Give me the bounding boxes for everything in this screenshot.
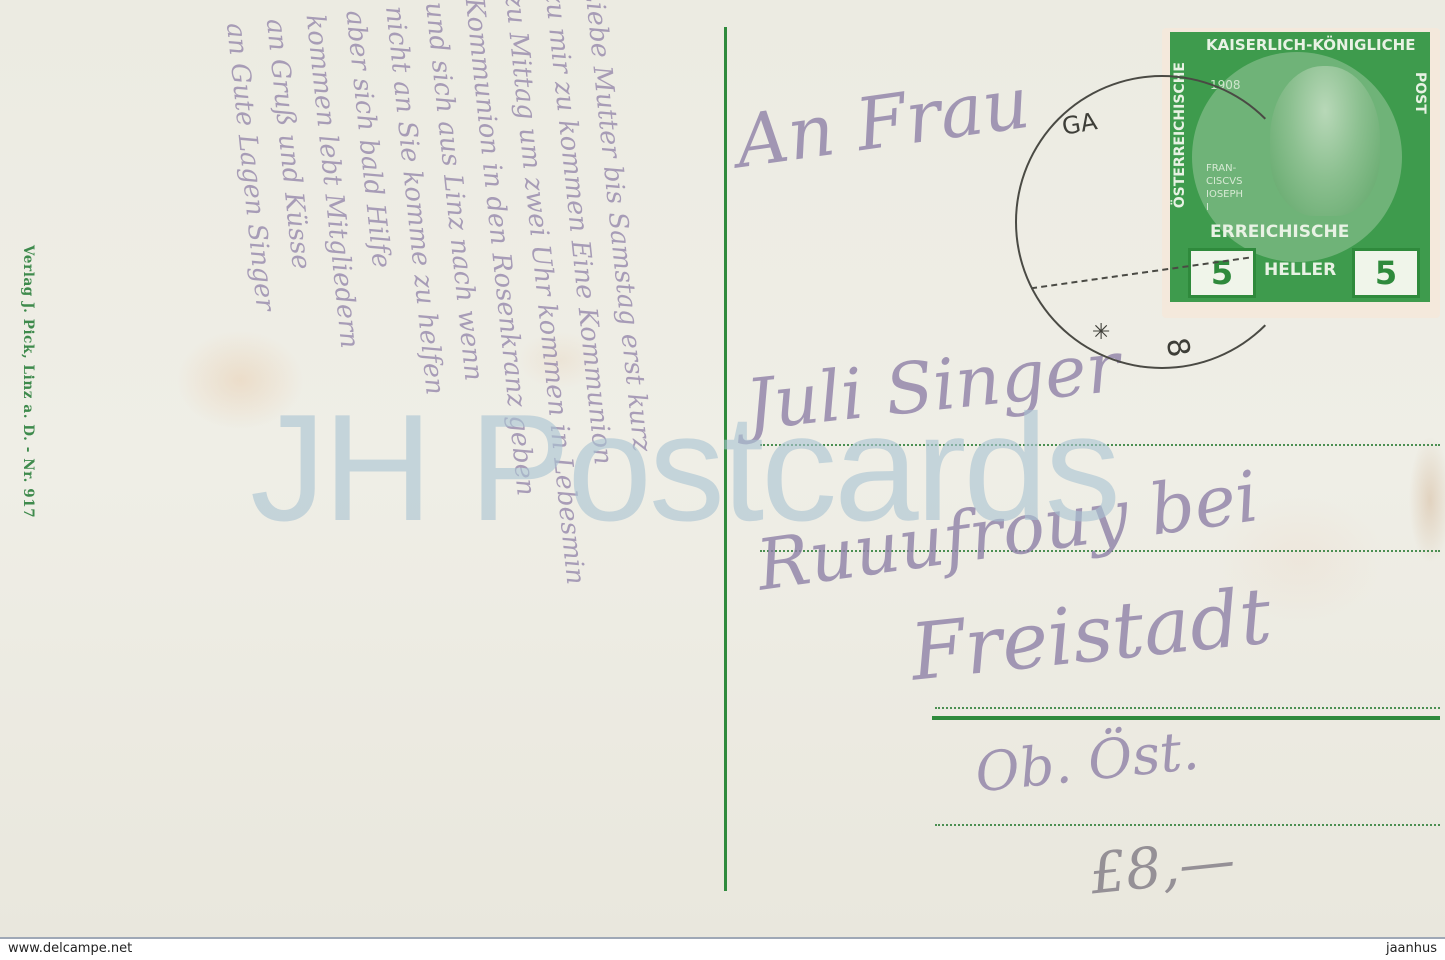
postcard-back: Verlag J. Pick, Linz a. D. - Nr. 917 Lie… [0, 0, 1445, 939]
address-line-3 [935, 707, 1440, 709]
address-recipient-title: An Frau [731, 60, 1035, 184]
postmark-star-icon: ✳ [1092, 320, 1110, 345]
address-region: Ob. Öst. [972, 718, 1201, 804]
watermark: JH Postcards [250, 392, 1118, 544]
postmark-town: GA [1060, 107, 1099, 141]
source-credit: www.delcampe.net [8, 941, 132, 956]
stamp-value-right: 5 [1352, 248, 1420, 298]
stamp-right-text: POST [1412, 72, 1428, 114]
price-pencil-note: £8,— [1087, 828, 1238, 908]
postmark-circle [1015, 75, 1309, 369]
address-town: Freistadt [906, 571, 1275, 698]
stamp-top-text: KAISERLICH-KÖNIGLICHE [1206, 36, 1415, 54]
publisher-imprint: Verlag J. Pick, Linz a. D. - Nr. 917 [20, 245, 36, 518]
address-line-4 [935, 824, 1440, 826]
seller-credit: jaanhus [1386, 941, 1437, 956]
